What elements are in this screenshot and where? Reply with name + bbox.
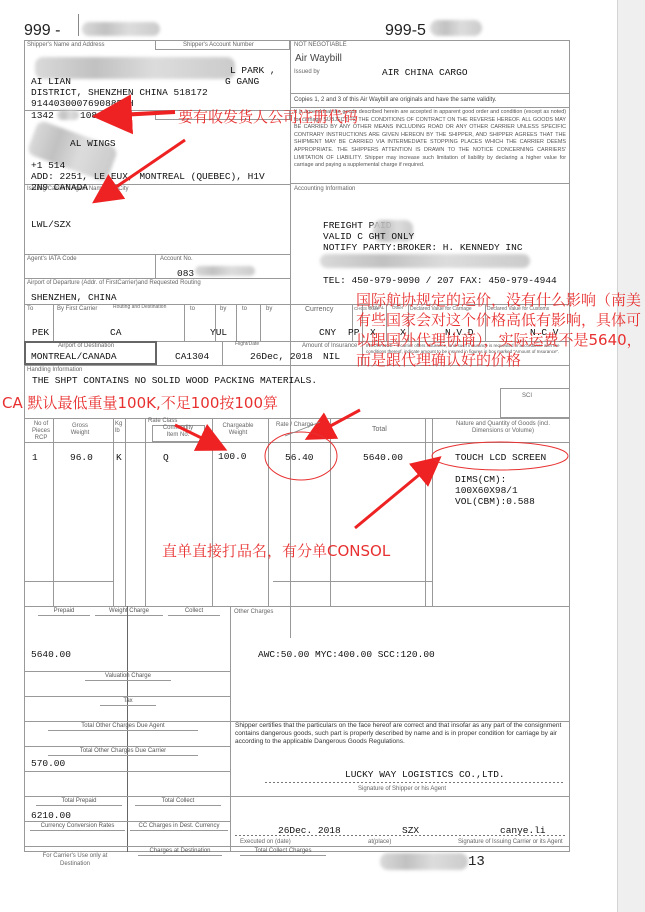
labels-chargeable-weight-label: Chargeable Weight	[218, 423, 258, 437]
redaction-blur	[320, 254, 530, 268]
labels-gross-weight-label: Gross Weight	[62, 423, 98, 437]
form-rule	[330, 418, 331, 606]
form-rule	[53, 304, 54, 341]
form-rule	[260, 304, 261, 341]
form-rule	[113, 418, 114, 606]
redacted-awb	[82, 22, 160, 36]
consignee-name: AL WINGS	[70, 138, 116, 149]
labels-to2-label: to	[190, 306, 195, 312]
labels-carrier-use-label: For Carrier's Use only at Destination	[40, 852, 110, 868]
labels-currency-conversion-label: Currency Conversion Rates	[30, 822, 125, 831]
redaction-blur	[380, 853, 468, 870]
form-rule	[290, 93, 570, 94]
cargo-rate: 56.40	[285, 452, 314, 463]
issuer: AIR CHINA CARGO	[382, 67, 468, 78]
agent-city: LWL/SZX	[31, 219, 71, 230]
form-rule	[235, 835, 565, 836]
labels-valuation-charge-label: Valuation Charge	[85, 672, 171, 681]
form-rule	[24, 254, 290, 255]
annotation-rate-note: 国际航协规定的运价，没有什么影响（南美有些国家会对这个价格高低有影响，具体可以跟…	[356, 290, 642, 370]
handling-information: THE SHPT CONTAINS NO SOLID WOOD PACKING …	[32, 375, 317, 386]
consignee-address: ADD: 2251, LE EUX, MONTREAL (QUEBEC), H1…	[31, 171, 265, 182]
departure-airport: SHENZHEN, CHINA	[31, 292, 117, 303]
accounting-line2: VALID C GHT ONLY	[323, 231, 414, 242]
form-rule	[24, 771, 230, 772]
labels-shipper-name-address-label: Shipper's Name and Address	[27, 42, 105, 48]
redacted-awb-right	[430, 20, 482, 36]
labels-tax-label: Tax	[100, 697, 156, 706]
cargo-rate-class: Q	[163, 452, 169, 463]
form-rule	[268, 418, 269, 606]
labels-handling-info-label: Handling Information	[27, 367, 82, 373]
currency-value: CNY	[319, 327, 336, 338]
labels-signature-carrier-label: Signature of Issuing Carrier or its Agen…	[458, 839, 563, 845]
labels-total-collect-charges-label: Total Collect Charges	[240, 847, 326, 856]
labels-amount-insurance-label: Amount of Insurance	[302, 343, 357, 349]
form-rule	[425, 418, 426, 606]
labels-by2-label: by	[220, 306, 226, 312]
routing-to: PEK	[32, 327, 49, 338]
labels-total-prepaid-label: Total Prepaid	[36, 797, 122, 806]
flight-date: 26Dec, 2018	[250, 351, 313, 362]
shipper-agent-name: LUCKY WAY LOGISTICS CO.,LTD.	[345, 769, 505, 780]
form-rule	[125, 418, 126, 606]
labels-account-no-label: Account No.	[160, 256, 193, 262]
first-carrier: CA	[110, 327, 121, 338]
labels-by3-label: by	[266, 306, 272, 312]
shipper-certification: Shipper certifies that the particulars o…	[235, 722, 565, 746]
form-rule	[290, 183, 570, 184]
cargo-chargeable-weight: 100.0	[218, 451, 247, 462]
form-rule	[212, 418, 213, 606]
labels-issued-by-label: Issued by	[294, 69, 320, 75]
form-rule	[145, 418, 146, 606]
awb-number-bottom: 13	[468, 854, 485, 870]
labels-total-label: Total	[372, 426, 387, 433]
accounting-line3: NOTIFY PARTY:BROKER: H. KENNEDY INC	[323, 242, 523, 253]
form-rule	[24, 278, 290, 279]
shipper-line4: DISTRICT, SHENZHEN CHINA 518172	[31, 87, 208, 98]
labels-copies-note-label: Copies 1, 2 and 3 of this Air Waybill ar…	[294, 97, 496, 103]
air-waybill-title: Air Waybill	[295, 53, 342, 64]
labels-rate-charge-label: Rate / Charge	[276, 422, 313, 428]
shipper-line3-tail-label: G GANG	[225, 76, 259, 87]
labels-to-label: To	[27, 306, 33, 312]
form-rule	[222, 341, 223, 365]
form-rule	[78, 14, 79, 36]
labels-total-collect-label: Total Collect	[135, 797, 221, 806]
form-rule	[24, 581, 114, 582]
total-prepaid: 6210.00	[31, 810, 71, 821]
labels-total-other-carrier-label: Total Other Charges Due Carrier	[48, 747, 198, 756]
labels-by-first-carrier-label: By First Carrier	[57, 306, 97, 312]
form-rule	[155, 254, 156, 278]
viewer-scrollbar-gutter[interactable]	[617, 0, 645, 912]
form-rule	[230, 606, 231, 852]
insurance-value: NIL	[323, 351, 340, 362]
labels-sci-label: SCI	[522, 393, 532, 399]
labels-not-negotiable-label: NOT NEGOTIABLE	[294, 42, 347, 48]
labels-flight-date-label: Flight/Date	[235, 341, 259, 347]
form-rule	[184, 304, 185, 341]
redaction-blur	[195, 266, 255, 276]
labels-nature-goods-label: Nature and Quantity of Goods (incl. Dime…	[440, 421, 566, 435]
cargo-volume: VOL(CBM):0.588	[455, 496, 535, 507]
destination-airport: MONTREAL/CANADA	[31, 351, 117, 362]
cargo-goods: TOUCH LCD SCREEN	[455, 452, 546, 463]
labels-currency-label: Currency	[305, 306, 333, 313]
redaction-blur	[57, 110, 79, 120]
flight-number: CA1304	[175, 351, 209, 362]
labels-no-pieces-label: No of Pieces RCP	[30, 421, 52, 442]
other-charges: AWC:50.00 MYC:400.00 SCC:120.00	[258, 649, 435, 660]
labels-to3-label: to	[242, 306, 247, 312]
labels-airport-departure-label: Airport of Departure (Addr. of FirstCarr…	[27, 280, 201, 286]
accounting-line4: TEL: 450-979-9090 / 207 FAX: 450-979-494…	[323, 275, 557, 286]
labels-signature-shipper-label: Signature of Shipper or his Agent	[358, 786, 446, 792]
labels-cc-charges-label: CC Charges in Dest. Currency	[130, 822, 228, 831]
annotation-registration-code: 要有收发货人公司注册代码	[178, 106, 358, 127]
routing-to2: YUL	[210, 327, 227, 338]
awb-number-right: 999-5	[385, 22, 426, 40]
labels-at-place-label: at(place)	[368, 839, 391, 845]
form-rule	[24, 418, 570, 419]
cargo-dims-label: DIMS(CM):	[455, 474, 506, 485]
shipper-line2: L PARK ,	[230, 65, 276, 76]
form-rule	[265, 782, 565, 783]
labels-agent-iata-label: Agent's IATA Code	[27, 256, 77, 262]
awb-number-left: 999 -	[24, 22, 60, 40]
shipper-phone: 1342	[31, 110, 54, 121]
form-rule	[24, 442, 570, 443]
cargo-unit: K	[116, 452, 122, 463]
labels-accounting-info-label: Accounting Information	[294, 186, 355, 192]
labels-collect-label: Collect	[168, 607, 220, 616]
form-rule	[500, 388, 570, 418]
cargo-pieces: 1	[32, 452, 38, 463]
shipper-phone-tail-label: 108	[80, 110, 97, 121]
cargo-total: 5640.00	[363, 452, 403, 463]
labels-commodity-item-label: Commodity Item No.	[158, 425, 198, 439]
form-rule	[273, 581, 433, 582]
cargo-dims: 100X60X98/1	[455, 485, 518, 496]
labels-rate-class-label: Rate Class	[148, 418, 177, 424]
labels-total-other-agent-label: Total Other Charges Due Agent	[48, 722, 198, 731]
weight-charge-prepaid: 5640.00	[31, 649, 71, 660]
annotation-goods-name: 直单直接打品名，有分单CONSOL	[162, 540, 390, 561]
shipper-registration: 91440300076908859H	[31, 98, 134, 109]
labels-charges-destination-label: Charges at Destination	[138, 847, 222, 856]
annotation-min-weight: CA 默认最低重量100K,不足100按100算	[2, 392, 278, 413]
labels-kg-lb-label: Kg lb	[115, 421, 125, 435]
form-rule	[432, 418, 433, 606]
consignee-phone: +1 514	[31, 160, 65, 171]
form-rule	[236, 304, 237, 341]
labels-routing-destination-label: Routing and Destination	[113, 304, 166, 310]
other-charges-due-carrier: 570.00	[31, 758, 65, 769]
labels-shipper-account-label: Shipper's Account Number	[183, 42, 254, 48]
labels-weight-charge-label: Weight Charge	[95, 607, 163, 616]
consignee-country: 2N9 CANADA	[31, 182, 88, 193]
labels-executed-on-label: Executed on (date)	[240, 839, 291, 845]
form-rule	[53, 418, 54, 606]
labels-prepaid-label: Prepaid	[38, 607, 90, 616]
labels-other-charges-label: Other Charges	[234, 609, 273, 615]
cargo-gross-weight: 96.0	[70, 452, 93, 463]
shipper-line3: AI LIAN	[31, 76, 71, 87]
labels-airport-destination-label: Airport of Destination	[58, 343, 114, 349]
